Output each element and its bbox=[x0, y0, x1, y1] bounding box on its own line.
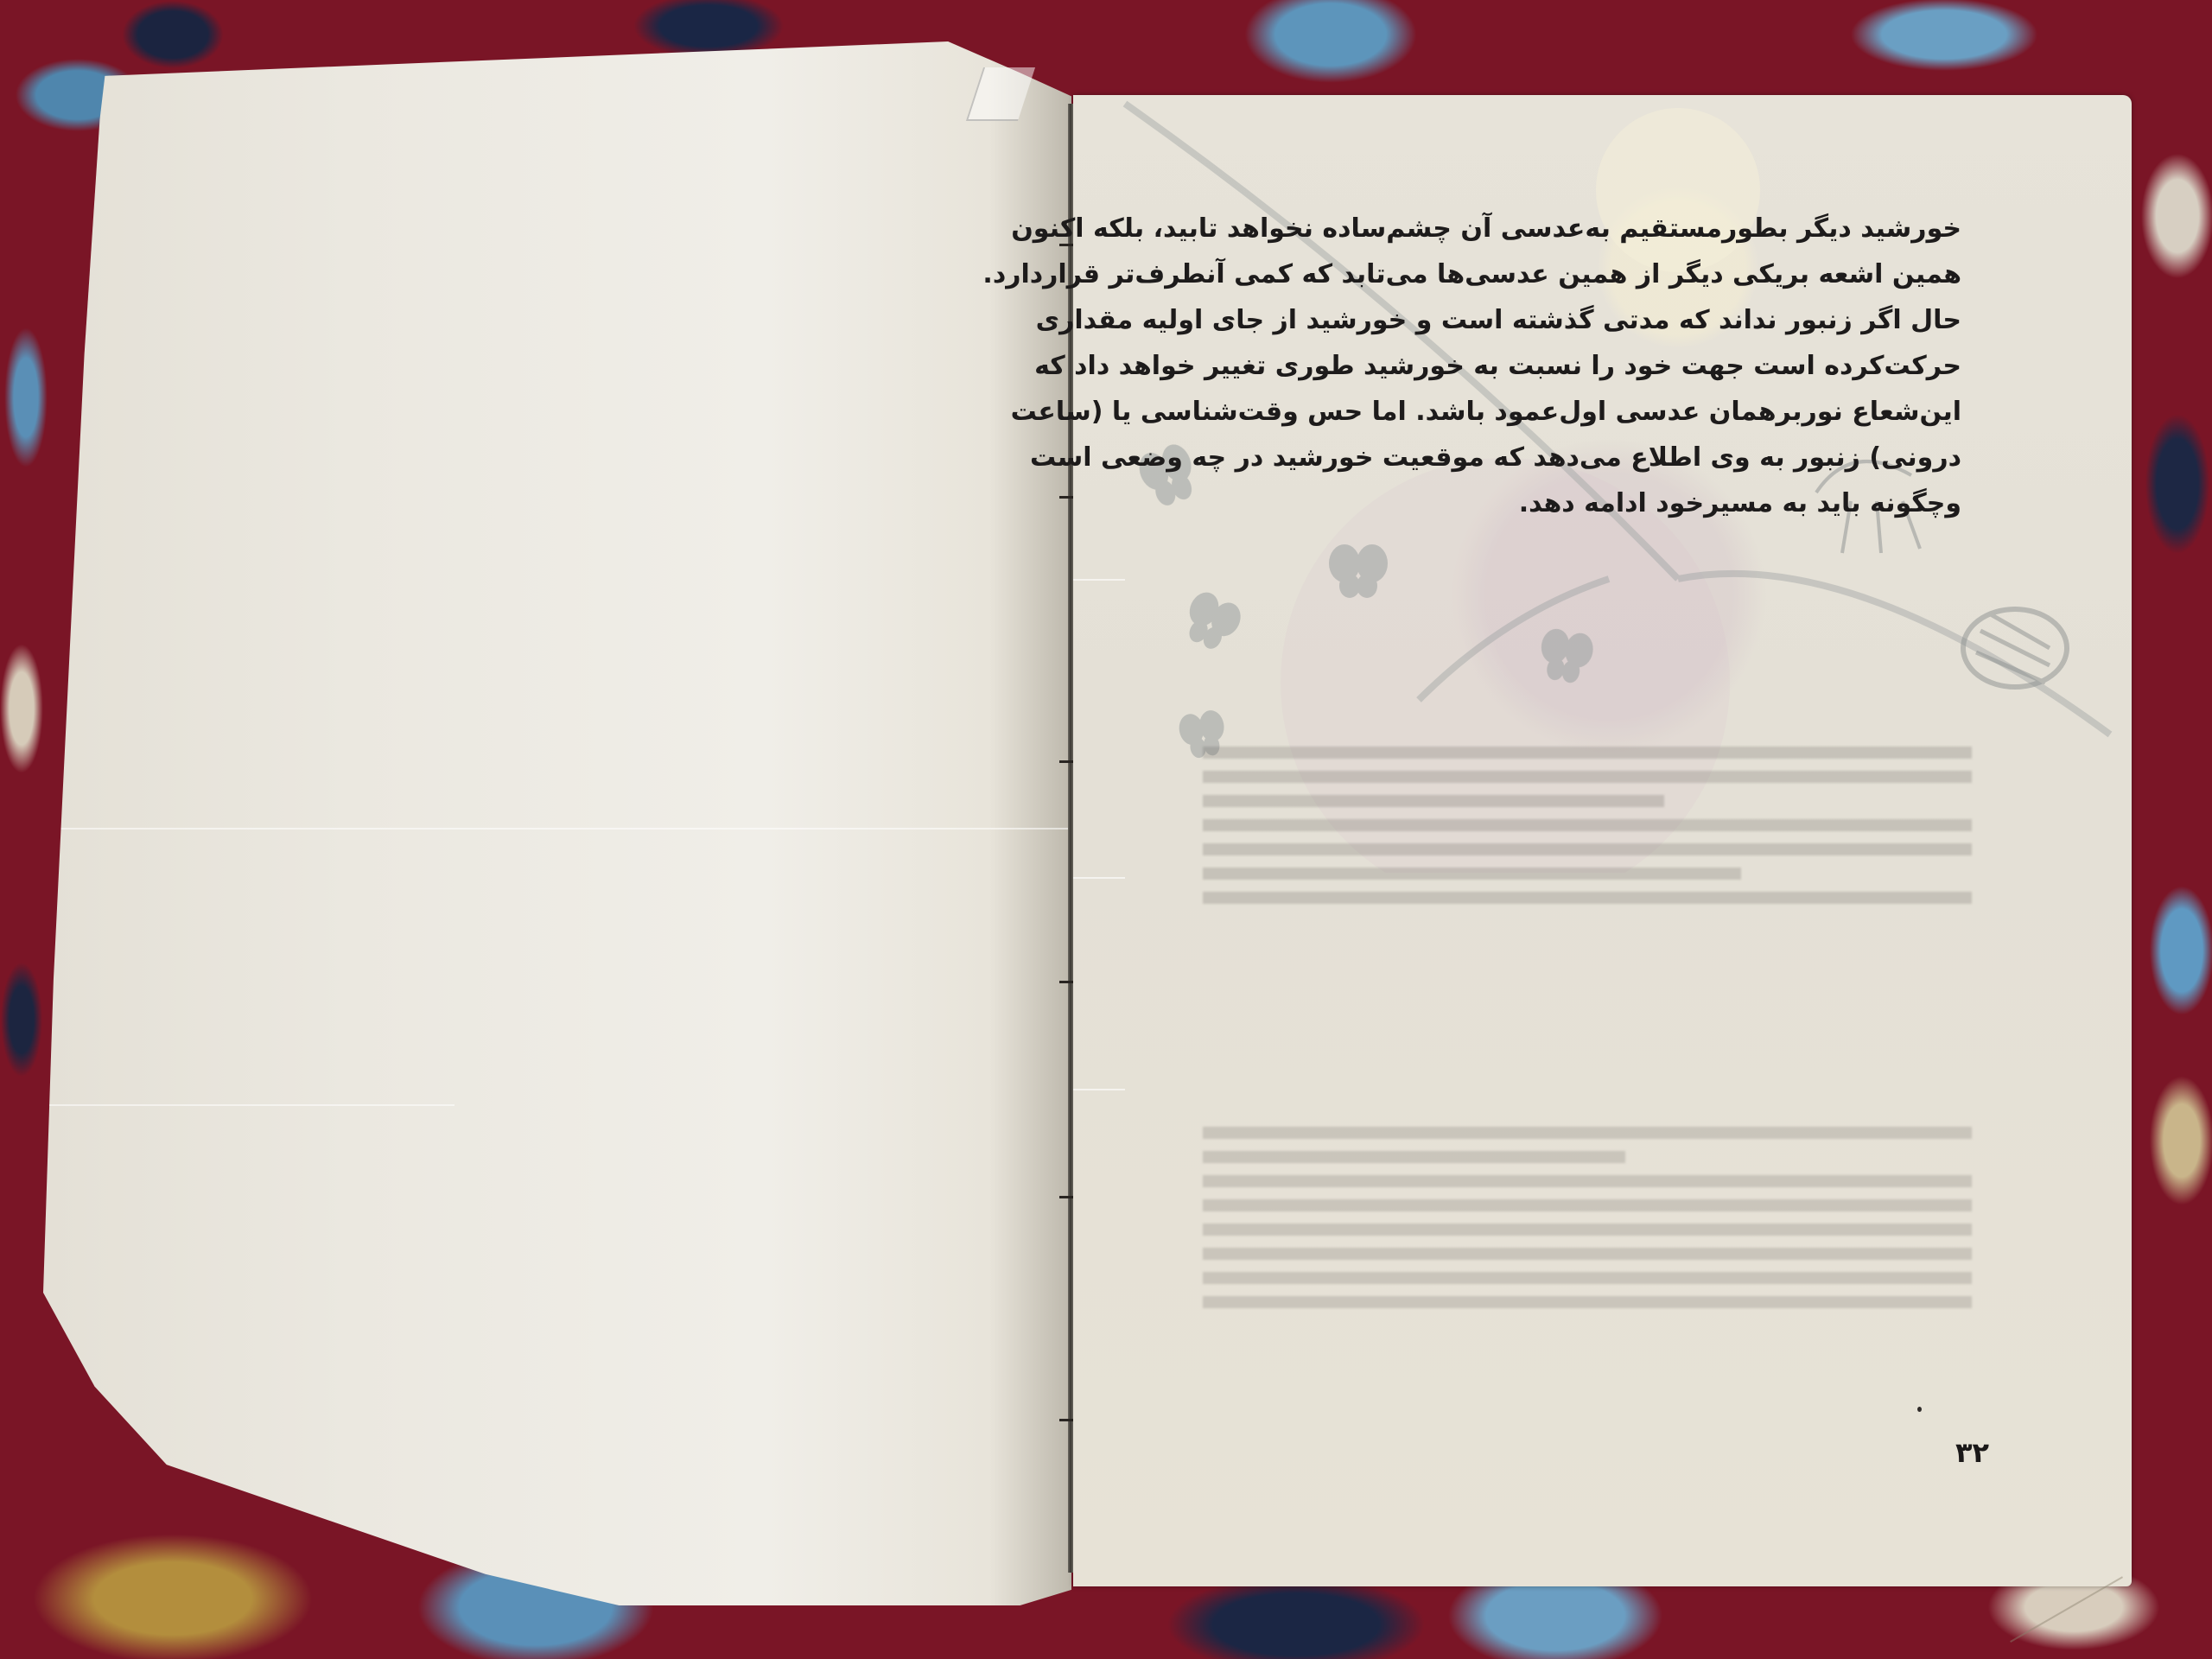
left-page-blank bbox=[43, 41, 1071, 1605]
paper-crease bbox=[1073, 1089, 1125, 1090]
paper-crease bbox=[43, 828, 1071, 829]
right-page: خورشید دیگر بطورمستقیم به‌عدسی آن چشم‌سا… bbox=[1073, 95, 2132, 1586]
page-number: ۳۲ bbox=[1955, 1436, 1989, 1469]
paper-crease bbox=[43, 1104, 454, 1106]
butterfly-icon bbox=[1178, 588, 1246, 656]
paper-crease bbox=[1073, 877, 1125, 879]
text-line: خورشید دیگر بطورمستقیم به‌عدسی آن چشم‌سا… bbox=[1210, 206, 1961, 251]
butterfly-icon bbox=[1535, 626, 1595, 686]
text-line: این‌شعاع نوربرهمان عدسی اول‌عمود باشد. ا… bbox=[1210, 389, 1961, 435]
text-line: حرکت‌کرده است جهت خود را نسبت به خورشید … bbox=[1210, 343, 1961, 389]
text-line: وچگونه باید به مسیرخود ادامه دهد. bbox=[1210, 480, 1961, 526]
paper-crease bbox=[1073, 579, 1125, 581]
show-through-text bbox=[1203, 734, 1972, 994]
text-line: حال اگر زنبور نداند که مدتی گذشته است و … bbox=[1210, 297, 1961, 343]
text-line: همین اشعه بریکی دیگر از همین عدسی‌ها می‌… bbox=[1210, 251, 1961, 297]
butterfly-icon bbox=[1329, 544, 1388, 598]
paragraph-text: خورشید دیگر بطورمستقیم به‌عدسی آن چشم‌سا… bbox=[1210, 206, 1961, 526]
ink-dot bbox=[1917, 1407, 1922, 1412]
text-line: درونی) زنبور به وی اطلاع می‌دهد که موقعی… bbox=[1210, 435, 1961, 480]
show-through-text bbox=[1203, 1115, 1972, 1478]
